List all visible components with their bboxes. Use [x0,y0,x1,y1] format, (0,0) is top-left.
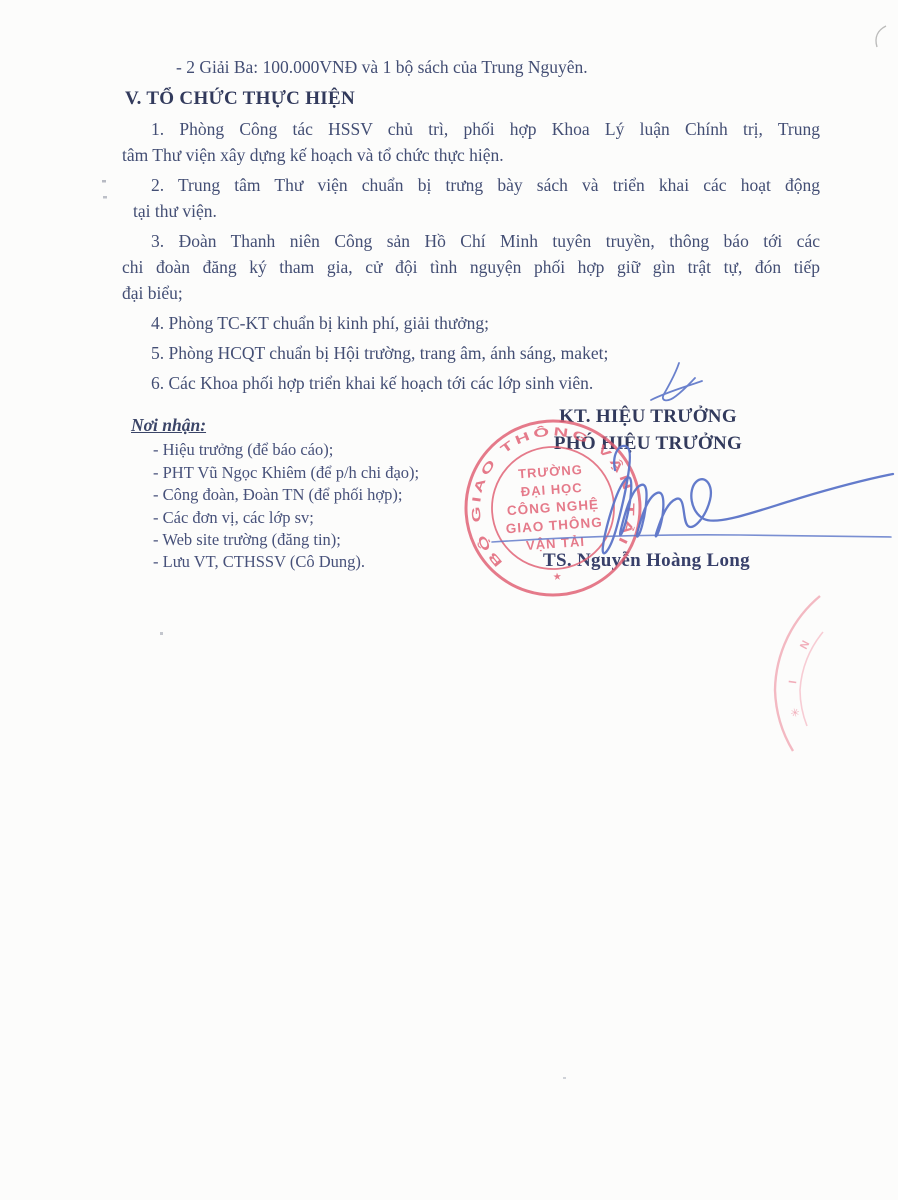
recipient-item: - Công đoàn, Đoàn TN (để phối hợp); [131,484,419,506]
edge-stamp-letter: ✳ [789,706,803,718]
paragraph-line: tâm Thư viện xây dựng kế hoạch và tổ chứ… [122,142,820,168]
signature-title-line2: PHÓ HIỆU TRƯỞNG [508,431,788,458]
section-heading: V. TỔ CHỨC THỰC HIỆN [125,86,820,112]
edge-stamp-letter: N [798,639,812,652]
edge-stamp-fragment-icon: N I ✳ [775,596,823,751]
paragraph-line: 2. Trung tâm Thư viện chuẩn bị trưng bày… [122,172,820,198]
stamp-text-line: TRƯỜNG [518,462,584,481]
recipient-item: - PHT Vũ Ngọc Khiêm (để p/h chi đạo); [131,462,419,484]
paragraph-line: chi đoàn đăng ký tham gia, cử đội tình n… [122,254,820,280]
document-body: - 2 Giải Ba: 100.000VNĐ và 1 bộ sách của… [122,54,820,396]
paragraph-line: tại thư viện. [122,198,820,224]
edge-stamp-letter: I [787,680,799,685]
paragraph-2: 2. Trung tâm Thư viện chuẩn bị trưng bày… [122,172,820,224]
recipient-item: - Các đơn vị, các lớp sv; [131,507,419,529]
paragraph-5: 5. Phòng HCQT chuẩn bị Hội trường, trang… [122,340,820,366]
paragraph-4: 4. Phòng TC-KT chuẩn bị kinh phí, giải t… [122,310,820,336]
signature-scribble-icon [492,446,893,553]
paragraph-line: 6. Các Khoa phối hợp triển khai kế hoạch… [122,370,820,396]
prize-line: - 2 Giải Ba: 100.000VNĐ và 1 bộ sách của… [176,54,820,80]
recipient-item: - Web site trường (đăng tin); [131,529,419,551]
stamp-text-line: CÔNG NGHỆ [506,497,599,518]
paragraph-line: đại biểu; [122,280,820,306]
signature-title-line1: KT. HIỆU TRƯỞNG [508,404,788,431]
stamp-star-icon: ★ [552,571,563,583]
recipient-item: - Lưu VT, CTHSSV (Cô Dung). [131,551,419,573]
stamp-text-line: ĐẠI HỌC [520,480,583,499]
recipients-block: Nơi nhận: - Hiệu trưởng (để báo cáo); - … [131,414,419,574]
signature-title-block: KT. HIỆU TRƯỞNG PHÓ HIỆU TRƯỞNG [508,404,788,457]
stamp-text-line: GIAO THÔNG [505,515,603,537]
paragraph-3: 3. Đoàn Thanh niên Công sản Hồ Chí Minh … [122,228,820,306]
paragraph-6: 6. Các Khoa phối hợp triển khai kế hoạch… [122,370,820,396]
recipient-item: - Hiệu trưởng (để báo cáo); [131,439,419,461]
paragraph-line: 5. Phòng HCQT chuẩn bị Hội trường, trang… [122,340,820,366]
scanned-document-page: - 2 Giải Ba: 100.000VNĐ và 1 bộ sách của… [0,0,898,1200]
paragraph-line: 1. Phòng Công tác HSSV chủ trì, phối hợp… [122,116,820,142]
paragraph-1: 1. Phòng Công tác HSSV chủ trì, phối hợp… [122,116,820,168]
recipients-label: Nơi nhận: [131,414,419,436]
signer-name: TS. Nguyễn Hoàng Long [543,550,750,572]
paragraph-line: 4. Phòng TC-KT chuẩn bị kinh phí, giải t… [122,310,820,336]
paragraph-line: 3. Đoàn Thanh niên Công sản Hồ Chí Minh … [122,228,820,254]
